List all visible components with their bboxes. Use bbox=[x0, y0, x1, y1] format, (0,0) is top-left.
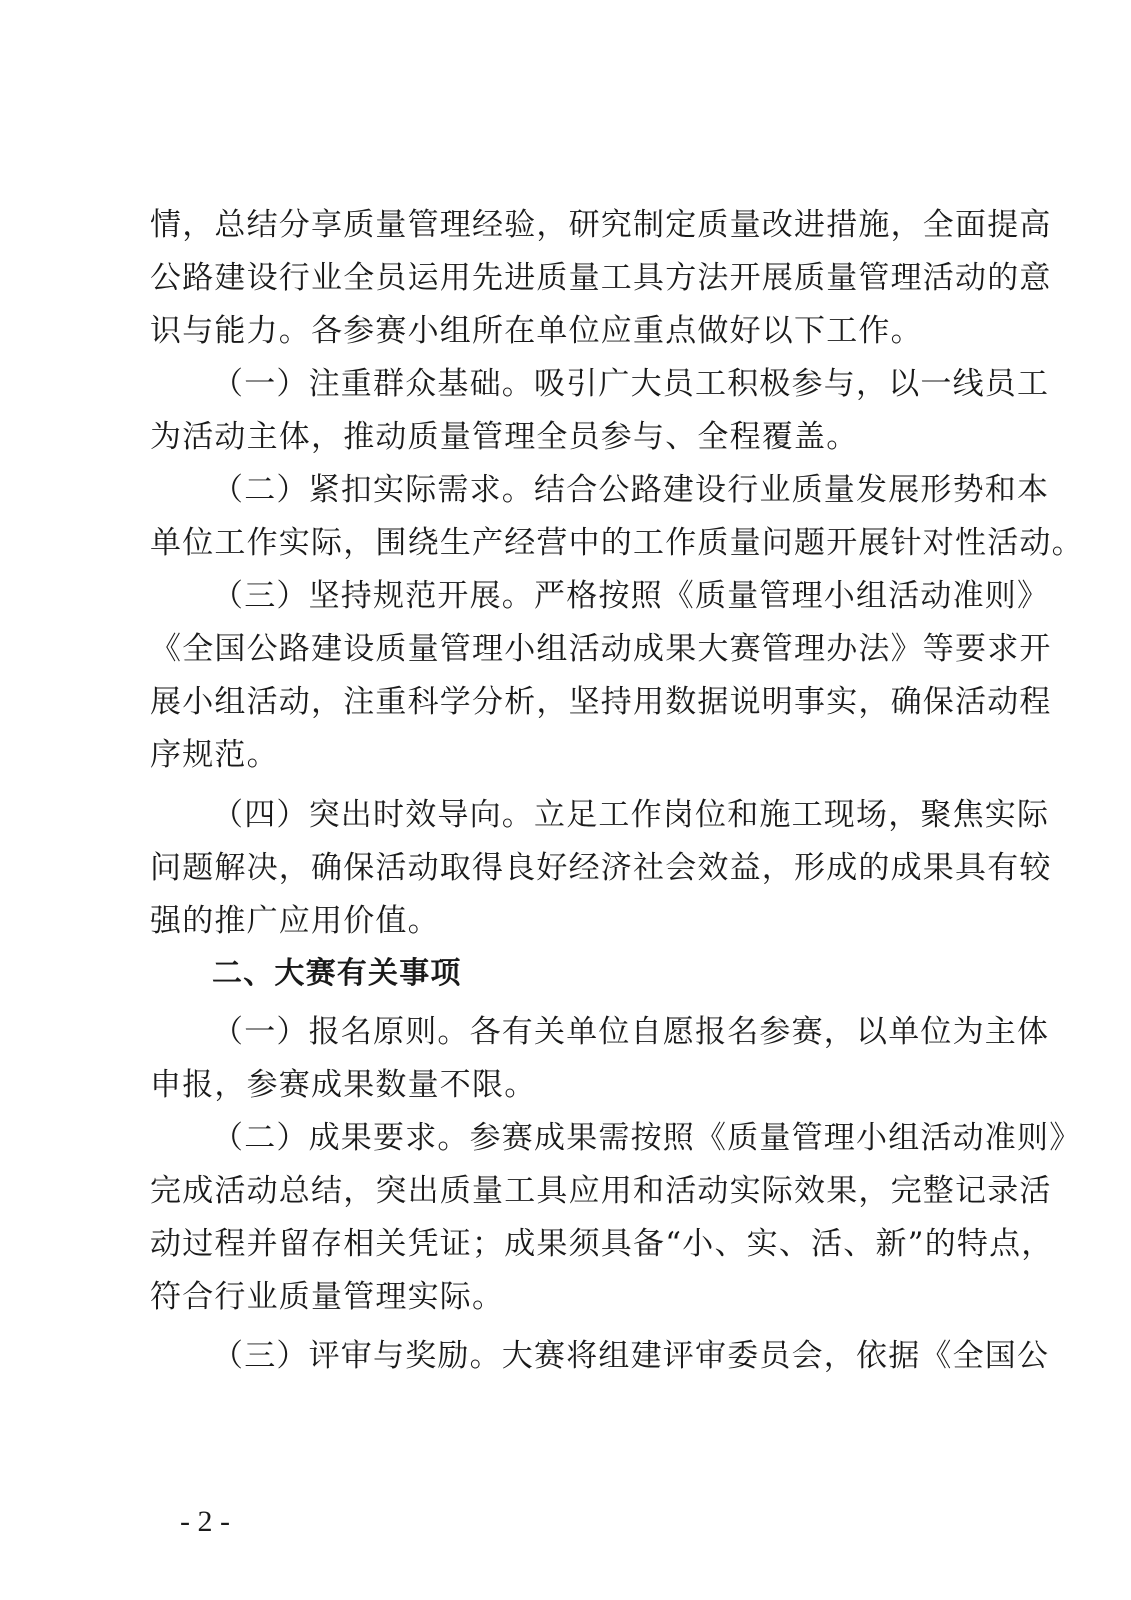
item-3-text: （三）坚持规范开展。严格按照《质量管理小组活动准则》 bbox=[212, 576, 1049, 616]
body-text-line: 公路建设行业全员运用先进质量工具方法开展质量管理活动的意 bbox=[150, 258, 1052, 298]
item-4-text: （四）突出时效导向。立足工作岗位和施工现场，聚焦实际 bbox=[212, 795, 1049, 835]
body-text-line: 完成活动总结，突出质量工具应用和活动实际效果，完整记录活 bbox=[150, 1171, 1052, 1211]
body-text-line: 符合行业质量管理实际。 bbox=[150, 1277, 504, 1317]
body-text-line: 强的推广应用价值。 bbox=[150, 901, 440, 941]
item-1-text: （一）注重群众基础。吸引广大员工积极参与，以一线员工 bbox=[212, 364, 1049, 404]
page-number: - 2 - bbox=[180, 1505, 230, 1539]
item-2-text: （二）成果要求。参赛成果需按照《质量管理小组活动准则》 bbox=[212, 1118, 1081, 1158]
document-page: 情，总结分享质量管理经验，研究制定质量改进措施，全面提高 公路建设行业全员运用先… bbox=[0, 0, 1131, 1600]
item-3-text: （三）评审与奖励。大赛将组建评审委员会，依据《全国公 bbox=[212, 1336, 1049, 1376]
body-text-line: 《全国公路建设质量管理小组活动成果大赛管理办法》等要求开 bbox=[150, 629, 1052, 669]
body-text-line: 情，总结分享质量管理经验，研究制定质量改进措施，全面提高 bbox=[150, 205, 1052, 245]
body-text-line: 识与能力。各参赛小组所在单位应重点做好以下工作。 bbox=[150, 311, 923, 351]
body-text-line: 展小组活动，注重科学分析，坚持用数据说明事实，确保活动程 bbox=[150, 682, 1052, 722]
item-1-text: （一）报名原则。各有关单位自愿报名参赛，以单位为主体 bbox=[212, 1012, 1049, 1052]
body-text-line: 申报，参赛成果数量不限。 bbox=[150, 1065, 536, 1105]
body-text-line: 序规范。 bbox=[150, 735, 279, 775]
body-text-line: 问题解决，确保活动取得良好经济社会效益，形成的成果具有较 bbox=[150, 848, 1052, 888]
body-text-line: 动过程并留存相关凭证；成果须具备“小、实、活、新”的特点， bbox=[150, 1224, 1054, 1264]
section-heading: 二、大赛有关事项 bbox=[212, 954, 462, 994]
body-text-line: 单位工作实际，围绕生产经营中的工作质量问题开展针对性活动。 bbox=[150, 523, 1084, 563]
body-text-line: 为活动主体，推动质量管理全员参与、全程覆盖。 bbox=[150, 417, 858, 457]
item-2-text: （二）紧扣实际需求。结合公路建设行业质量发展形势和本 bbox=[212, 470, 1049, 510]
